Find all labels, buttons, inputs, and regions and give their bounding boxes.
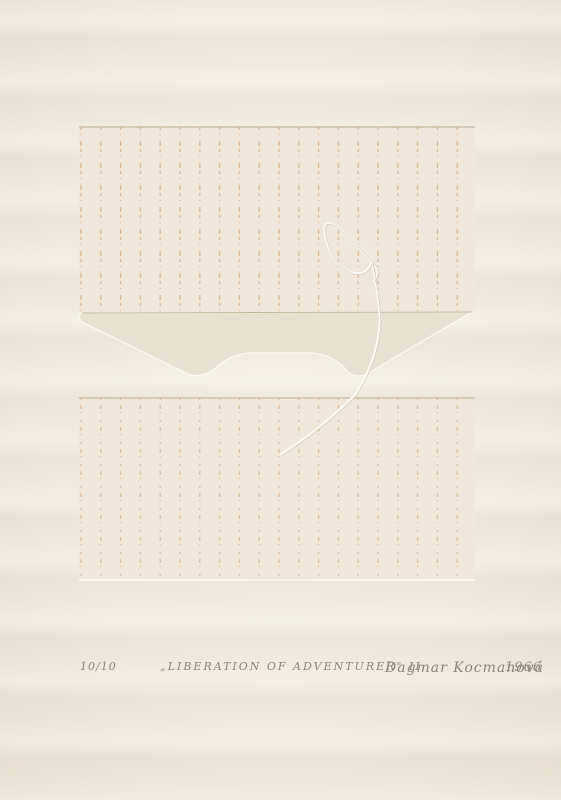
embossed-print (0, 0, 561, 800)
artwork-year: 1966 (505, 660, 542, 675)
embossed-boat-shape (79, 312, 472, 376)
paper-sheet: 10/10 „LIBERATION OF ADVENTURER" II. Dag… (0, 0, 561, 800)
edition-number: 10/10 (80, 660, 117, 673)
